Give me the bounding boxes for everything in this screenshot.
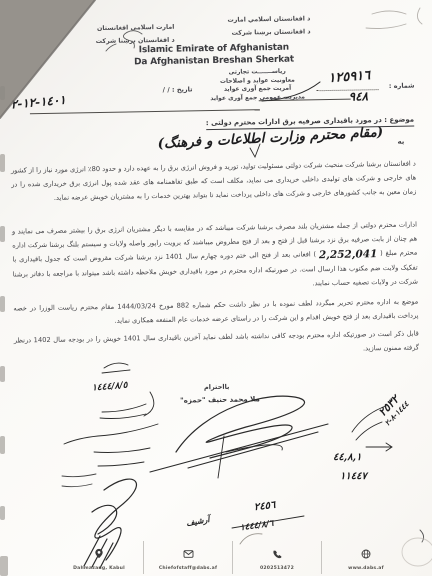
signatory-name: ملا محمد حنیف "حمزه" xyxy=(170,395,270,405)
signature-salutation: بااحترام xyxy=(187,382,247,391)
letterhead-department: ریاســـــــت تجارتی معاونیت عواید و اصلا… xyxy=(192,67,323,104)
footer-website: www.dabs.af xyxy=(321,541,410,574)
globe-icon xyxy=(361,549,371,559)
body-paragraph-3: موضع به اداره محترم تحریر میگردد لطف نمو… xyxy=(13,295,418,330)
email-icon xyxy=(183,549,194,559)
letter-content: د افغانستان اسلامي امارت د افغانستان برښ… xyxy=(0,0,432,576)
margin-number-1: ٤٤,٨,١ xyxy=(333,452,361,463)
body-paragraph-2: ادارات محترم دولتی از جمله مشتریان بلند … xyxy=(12,218,418,296)
footer-location: Dahmazang, Kabul xyxy=(55,541,143,574)
margin-number-2: ١١٤٤٧ xyxy=(340,471,367,482)
footer-email: Chiefofstaff@dabs.af xyxy=(143,541,232,574)
location-pin-icon xyxy=(94,548,104,559)
date-label: تاریخ : / / xyxy=(128,85,192,94)
date-rule-line xyxy=(30,109,260,114)
footer-website-label: www.dabs.af xyxy=(322,566,410,571)
letterhead-pashto-line2: د افغانستان برښنا شرکت xyxy=(212,25,310,40)
debt-amount-handwritten: 2,252,041 xyxy=(319,248,378,261)
footer-email-label: Chiefofstaff@dabs.af xyxy=(144,566,232,571)
footer-contact-bar: Dahmazang, Kabul Chiefofstaff@dabs.af 02… xyxy=(55,541,410,574)
body-paragraph-4: قابل ذکر است در صورتیکه اداره محترم بودج… xyxy=(14,327,419,362)
date-value-handwritten: ١٤٠١-١٢-٢ xyxy=(10,93,66,112)
scanned-letter-page: د افغانستان اسلامي امارت د افغانستان برښ… xyxy=(0,0,432,576)
letterhead-english: Islamic Emirate of Afghanistan Da Afghan… xyxy=(126,42,302,68)
ref-number-handwritten: ٩٤٨ xyxy=(349,89,369,103)
phone-icon xyxy=(272,549,282,559)
letterhead-pashto: د افغانستان اسلامي امارت د افغانستان برښ… xyxy=(212,12,310,40)
footer-location-label: Dahmazang, Kabul xyxy=(55,566,143,571)
footer-phone-label: 0202513472 xyxy=(233,566,321,571)
number-value-handwritten: ١٢٥٩١٦ xyxy=(318,67,381,86)
dept-line4: مدیریت عمومی جمع آوری عواید xyxy=(193,93,323,104)
body-paragraph-1: د افغانستان برشنا شرکت منحیث شرکت دولتی … xyxy=(11,157,417,206)
addressee-prefix: به xyxy=(397,138,404,146)
letterhead-english-line2: Da Afghanistan Breshan Sherkat xyxy=(126,54,302,69)
number-label: شماره : xyxy=(380,82,414,91)
footer-phone: 0202513472 xyxy=(232,541,321,574)
